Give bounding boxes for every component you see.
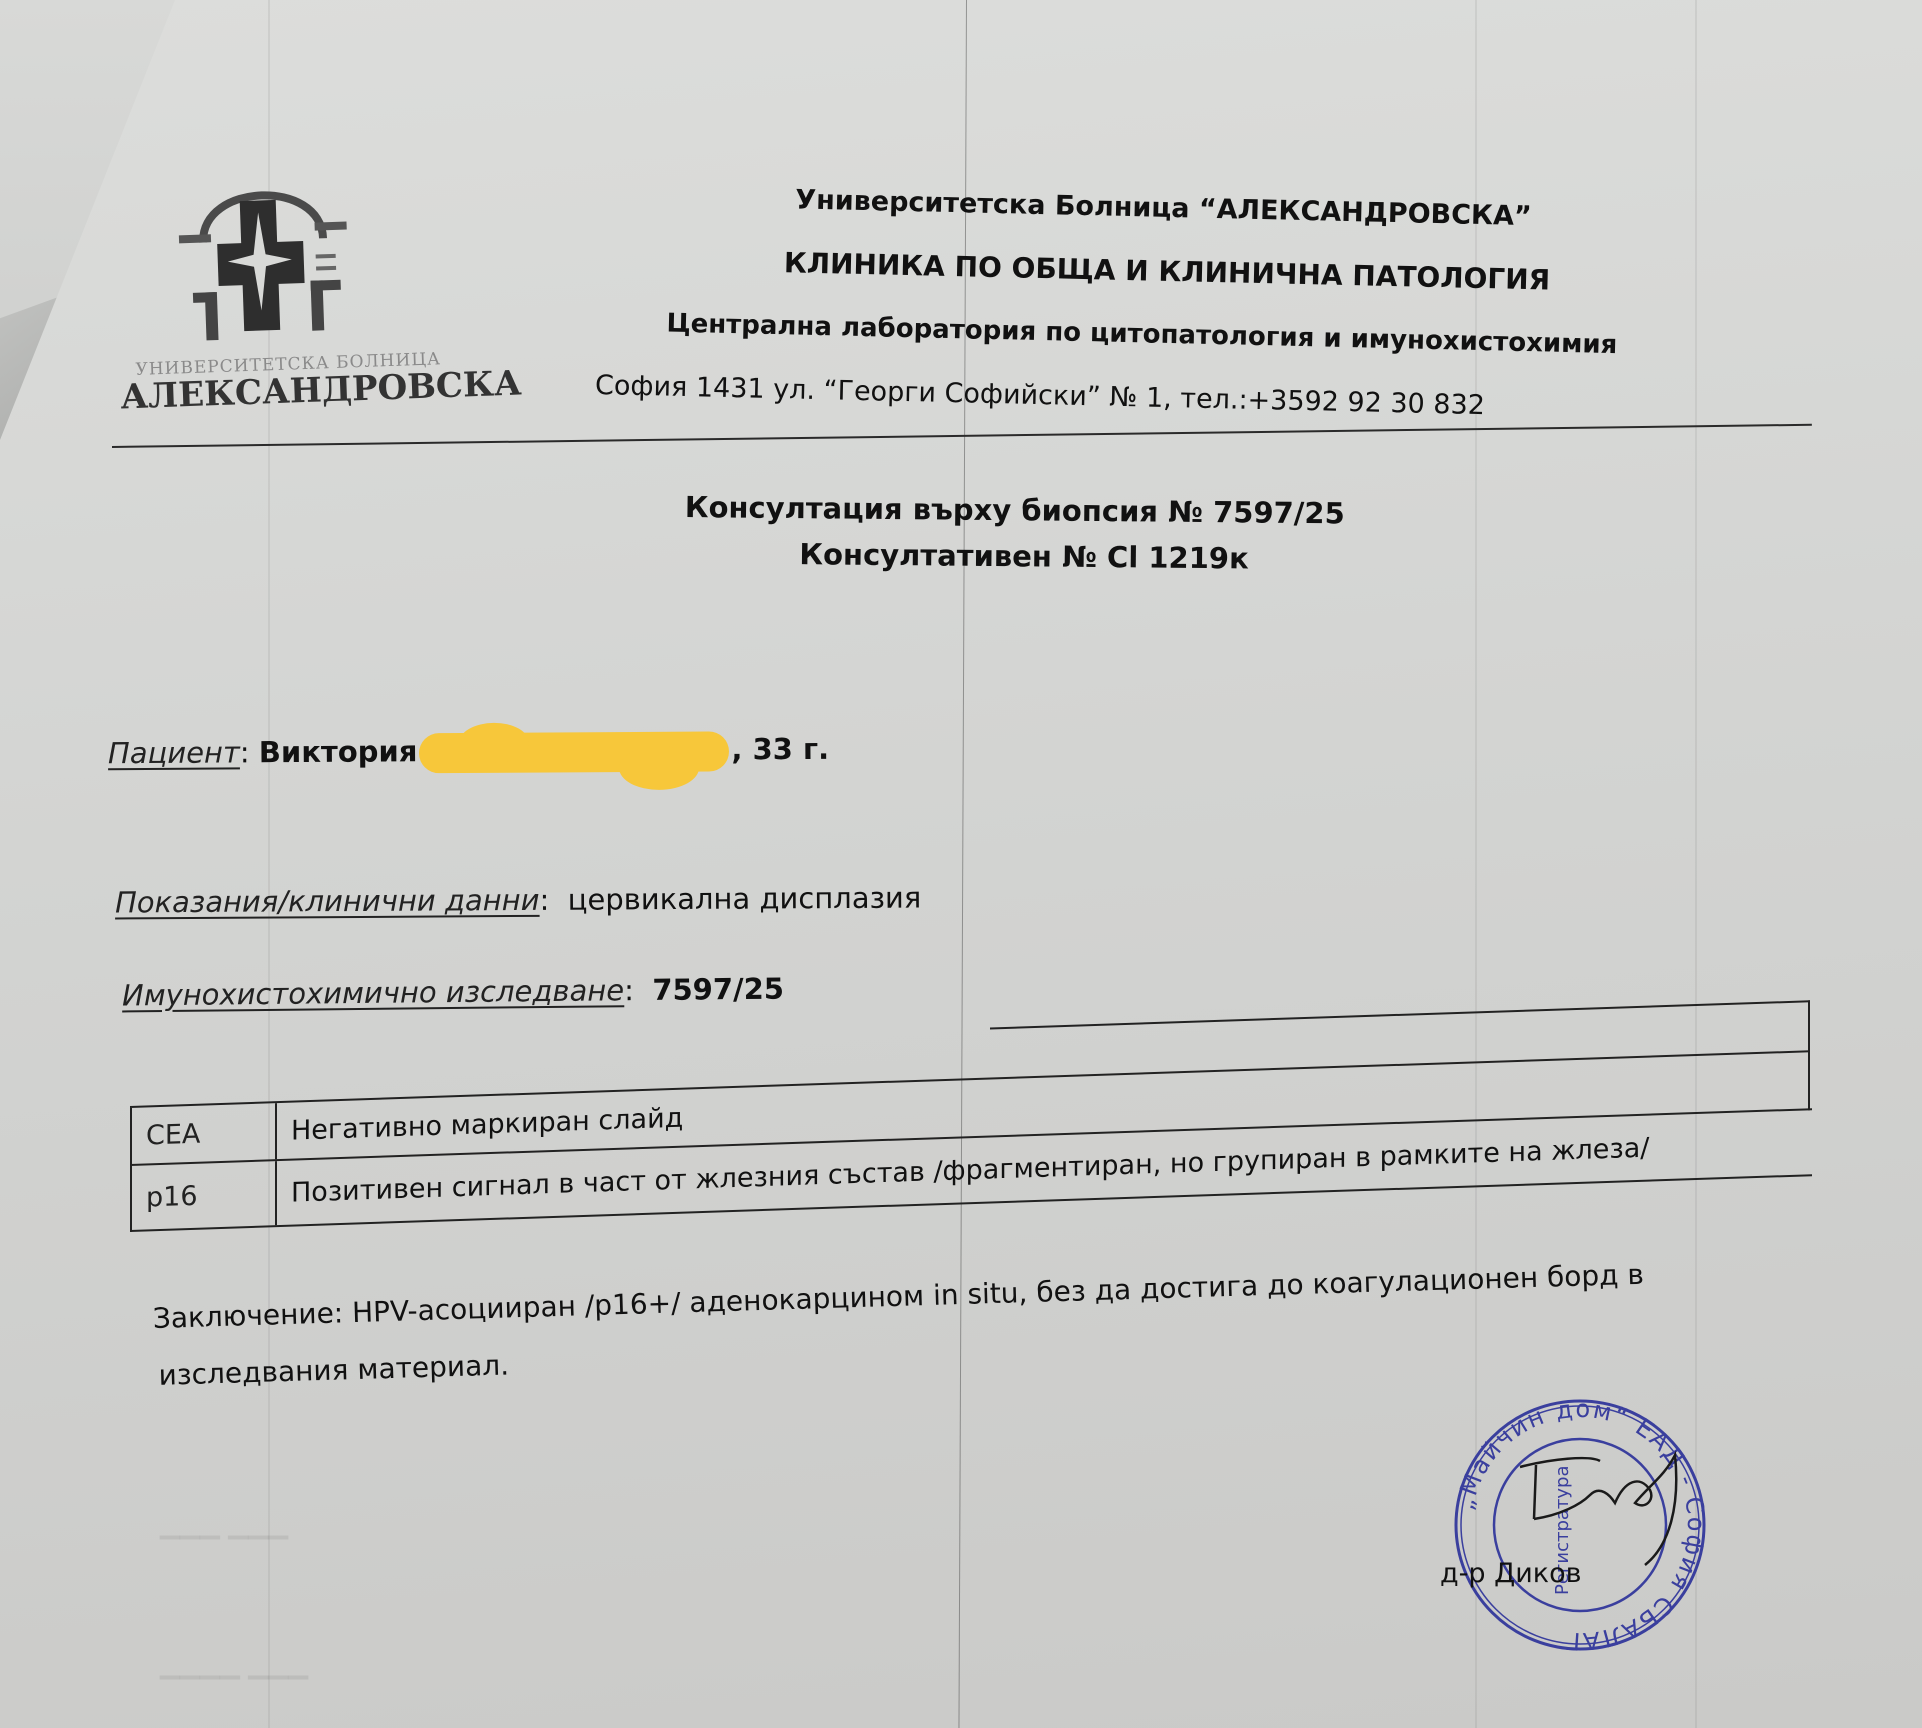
ihc-value: 7597/25 [652, 972, 784, 1007]
consultation-title: Консултация върху биопсия № 7597/25 [685, 490, 1345, 530]
hospital-logo: УНИВЕРСИТЕТСКА БОЛНИЦА АЛЕКСАНДРОВСКА [110, 154, 439, 435]
marker-cell: p16 [132, 1161, 277, 1230]
indications-label: Показания/клинични данни [115, 883, 540, 920]
official-stamp: „Майчин дом“ ЕАД - София СБАЛАГ Регистра… [1450, 1395, 1710, 1655]
hospital-cross-arch-icon [160, 157, 366, 344]
bleed-through-text: ▁▁▁ ▁▁▁ [160, 1510, 288, 1540]
patient-first-name: Виктория [259, 734, 418, 769]
doctor-name: д-р Диков [1440, 1558, 1582, 1589]
label-colon: : [240, 735, 259, 769]
indications-field: Показания/клинични данни: цервикална дис… [115, 881, 921, 920]
label-colon: : [624, 973, 653, 1007]
label-colon: : [539, 883, 567, 917]
result-cell: Негативно маркиран слайд [277, 1102, 683, 1146]
ihc-label: Имунохистохимично изследване [122, 973, 624, 1012]
indications-value: цервикална дисплазия [568, 881, 922, 917]
conclusion-label: Заключение: [152, 1296, 343, 1335]
marker-cell: CEA [132, 1103, 277, 1164]
patient-label: Пациент [108, 735, 240, 770]
ihc-field: Имунохистохимично изследване: 7597/25 [122, 972, 784, 1013]
patient-field: Пациент: Виктория, 33 г. [108, 731, 829, 775]
bleed-through-text: ▁▁▁▁ ▁▁▁ [160, 1650, 308, 1680]
redaction-mark [419, 731, 729, 773]
signature-scribble [1520, 1455, 1676, 1565]
patient-age: , 33 г. [731, 732, 829, 767]
consultative-number: Консултативен № Cl 1219к [799, 537, 1249, 575]
